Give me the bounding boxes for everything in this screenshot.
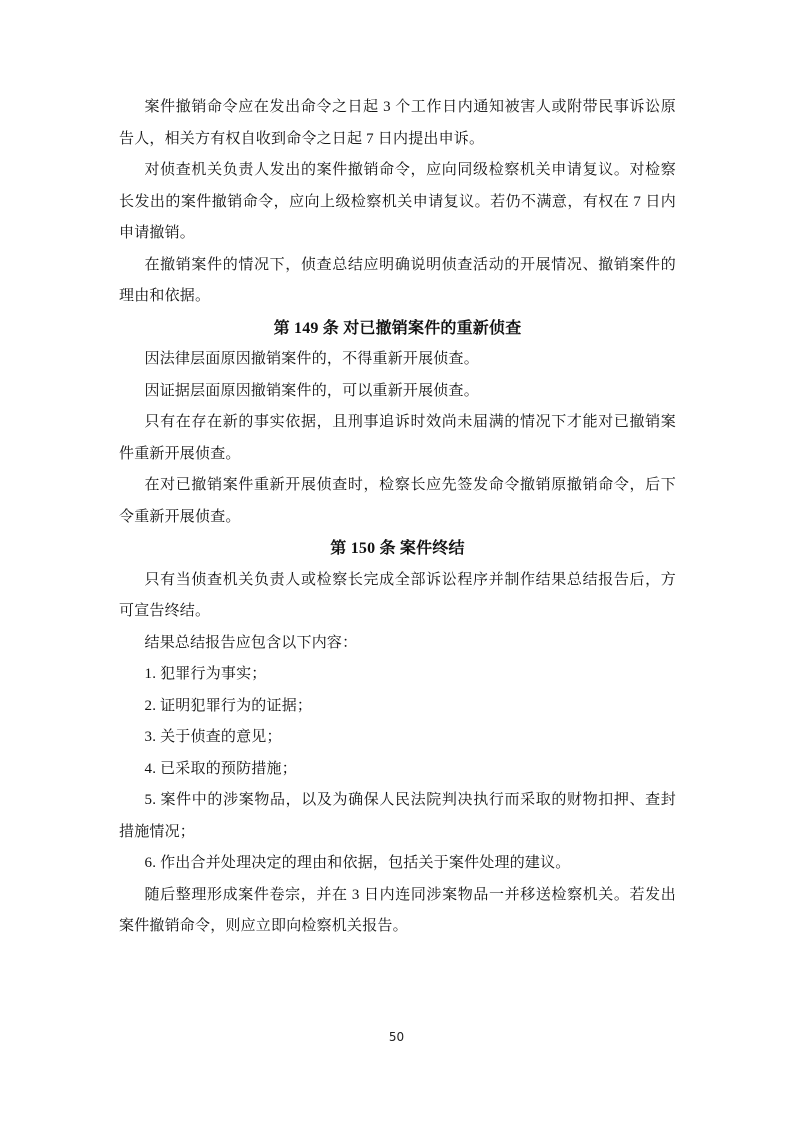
document-page: 案件撤销命令应在发出命令之日起 3 个工作日内通知被害人或附带民事诉讼原告人，相… [0, 0, 793, 1122]
paragraph-review-application: 对侦查机关负责人发出的案件撤销命令，应向同级检察机关申请复议。对检察长发出的案件… [119, 155, 676, 250]
paragraph-case-withdrawal-notice: 案件撤销命令应在发出命令之日起 3 个工作日内通知被害人或附带民事诉讼原告人，相… [119, 92, 676, 155]
document-body: 案件撤销命令应在发出命令之日起 3 个工作日内通知被害人或附带民事诉讼原告人，相… [119, 92, 676, 943]
list-item-5-seized-property: 5. 案件中的涉案物品，以及为确保人民法院判决执行而采取的财物扣押、查封措施情况… [119, 785, 676, 848]
paragraph-case-file-transfer: 随后整理形成案件卷宗，并在 3 日内连同涉案物品一并移送检察机关。若发出案件撤销… [119, 880, 676, 943]
paragraph-investigation-summary: 在撤销案件的情况下，侦查总结应明确说明侦查活动的开展情况、撤销案件的理由和依据。 [119, 250, 676, 313]
article-150-heading: 第 150 条 案件终结 [119, 533, 676, 565]
paragraph-reopen-procedure: 在对已撤销案件重新开展侦查时，检察长应先签发命令撤销原撤销命令，后下令重新开展侦… [119, 470, 676, 533]
paragraph-evidence-reason: 因证据层面原因撤销案件的，可以重新开展侦查。 [119, 376, 676, 408]
paragraph-report-contents-intro: 结果总结报告应包含以下内容： [119, 628, 676, 660]
list-item-3-opinions: 3. 关于侦查的意见； [119, 722, 676, 754]
paragraph-legal-reason: 因法律层面原因撤销案件的，不得重新开展侦查。 [119, 344, 676, 376]
list-item-1-crime-facts: 1. 犯罪行为事实； [119, 659, 676, 691]
list-item-2-evidence: 2. 证明犯罪行为的证据； [119, 691, 676, 723]
list-item-6-combined-handling: 6. 作出合并处理决定的理由和依据，包括关于案件处理的建议。 [119, 848, 676, 880]
list-item-4-preventive-measures: 4. 已采取的预防措施； [119, 754, 676, 786]
page-number: 50 [0, 1028, 793, 1046]
paragraph-case-conclusion: 只有当侦查机关负责人或检察长完成全部诉讼程序并制作结果总结报告后，方可宣告终结。 [119, 565, 676, 628]
article-149-heading: 第 149 条 对已撤销案件的重新侦查 [119, 313, 676, 345]
paragraph-new-facts-condition: 只有在存在新的事实依据，且刑事追诉时效尚未届满的情况下才能对已撤销案件重新开展侦… [119, 407, 676, 470]
